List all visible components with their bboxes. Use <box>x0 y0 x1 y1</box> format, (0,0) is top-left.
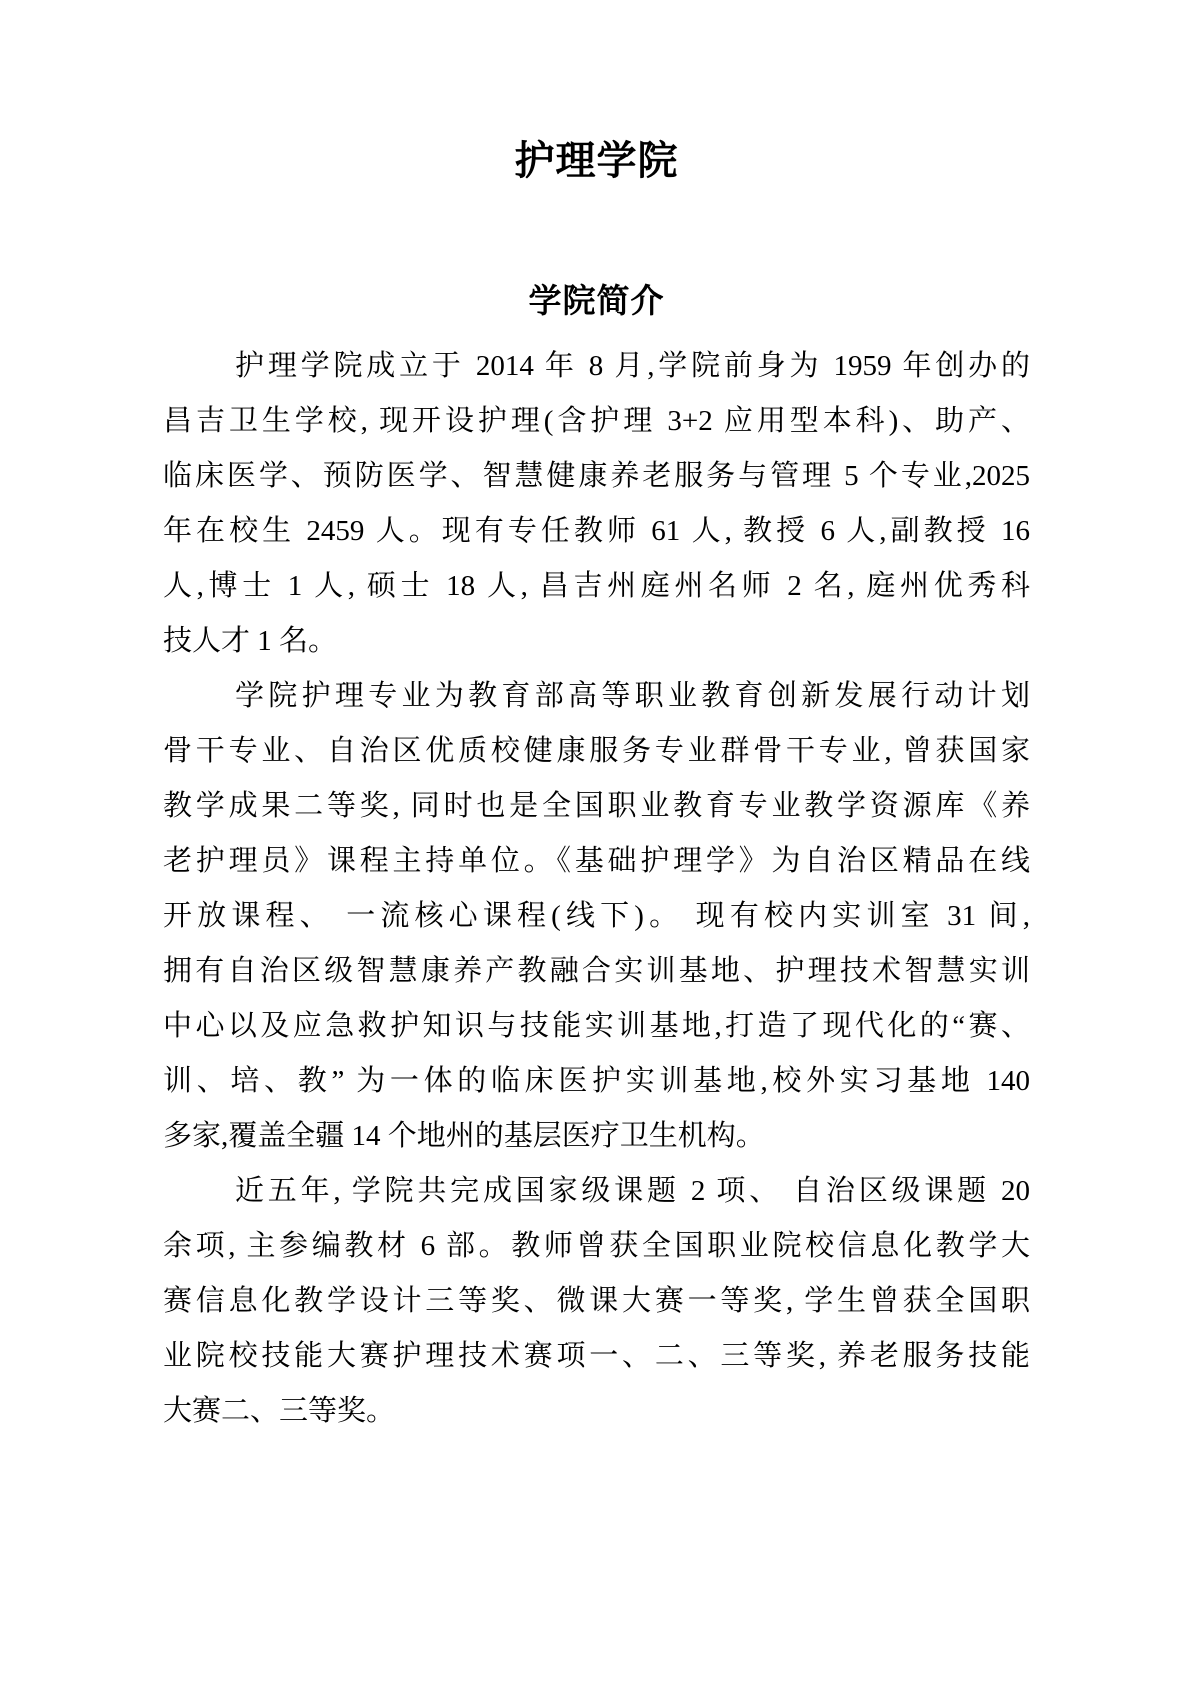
text-line: 昌吉卫生学校, 现开设护理(含护理 3+2 应用型本科)、助产、 <box>163 394 1030 449</box>
document-body: 护理学院成立于 2014 年 8 月,学院前身为 1959 年创办的昌吉卫生学校… <box>163 339 1030 1439</box>
text-line: 多家,覆盖全疆 14 个地州的基层医疗卫生机构。 <box>163 1109 1030 1164</box>
text-line: 中心以及应急救护知识与技能实训基地,打造了现代化的“赛、 <box>163 999 1030 1054</box>
document-title: 护理学院 <box>163 0 1030 184</box>
text-line: 护理学院成立于 2014 年 8 月,学院前身为 1959 年创办的 <box>163 339 1030 394</box>
text-line: 训、培、教” 为一体的临床医护实训基地,校外实习基地 140 <box>163 1054 1030 1109</box>
text-line: 赛信息化教学设计三等奖、微课大赛一等奖, 学生曾获全国职 <box>163 1274 1030 1329</box>
text-line: 人,博士 1 人, 硕士 18 人, 昌吉州庭州名师 2 名, 庭州优秀科 <box>163 559 1030 614</box>
text-line: 业院校技能大赛护理技术赛项一、二、三等奖, 养老服务技能 <box>163 1329 1030 1384</box>
text-line: 拥有自治区级智慧康养产教融合实训基地、护理技术智慧实训 <box>163 944 1030 999</box>
text-line: 临床医学、预防医学、智慧健康养老服务与管理 5 个专业,2025 <box>163 449 1030 504</box>
text-line: 开放课程、 一流核心课程(线下)。 现有校内实训室 31 间, <box>163 889 1030 944</box>
text-line: 老护理员》课程主持单位。《基础护理学》为自治区精品在线 <box>163 834 1030 889</box>
paragraph: 护理学院成立于 2014 年 8 月,学院前身为 1959 年创办的昌吉卫生学校… <box>163 339 1030 669</box>
text-line: 近五年, 学院共完成国家级课题 2 项、 自治区级课题 20 <box>163 1164 1030 1219</box>
paragraph: 学院护理专业为教育部高等职业教育创新发展行动计划骨干专业、自治区优质校健康服务专… <box>163 669 1030 1164</box>
text-line: 大赛二、三等奖。 <box>163 1384 1030 1439</box>
text-line: 技人才 1 名。 <box>163 614 1030 669</box>
document-page: 护理学院 学院简介 护理学院成立于 2014 年 8 月,学院前身为 1959 … <box>0 0 1191 1684</box>
paragraph: 近五年, 学院共完成国家级课题 2 项、 自治区级课题 20余项, 主参编教材 … <box>163 1164 1030 1439</box>
text-line: 教学成果二等奖, 同时也是全国职业教育专业教学资源库《养 <box>163 779 1030 834</box>
text-line: 年在校生 2459 人。现有专任教师 61 人, 教授 6 人,副教授 16 <box>163 504 1030 559</box>
text-line: 学院护理专业为教育部高等职业教育创新发展行动计划 <box>163 669 1030 724</box>
text-line: 余项, 主参编教材 6 部。教师曾获全国职业院校信息化教学大 <box>163 1219 1030 1274</box>
section-heading: 学院简介 <box>163 284 1030 318</box>
text-line: 骨干专业、自治区优质校健康服务专业群骨干专业, 曾获国家 <box>163 724 1030 779</box>
